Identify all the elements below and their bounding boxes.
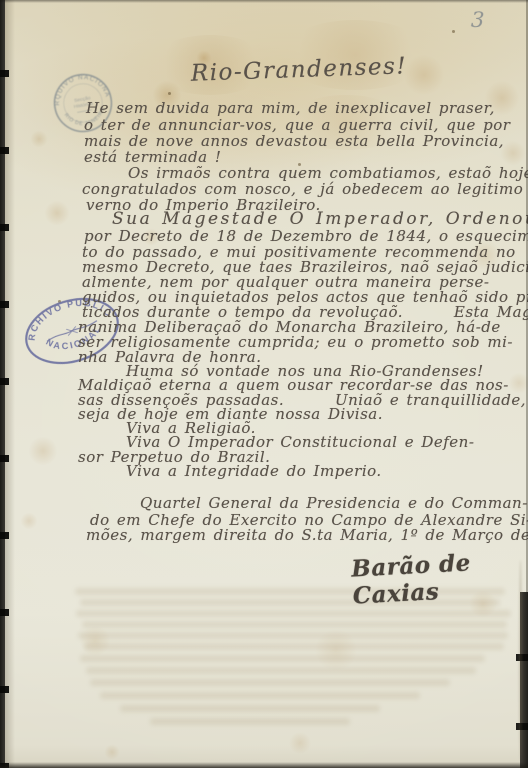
ghost-line <box>78 632 508 639</box>
scan-edge-top <box>0 0 528 3</box>
stain <box>20 512 38 530</box>
ghost-line <box>82 621 507 628</box>
stain <box>78 626 112 656</box>
text-line: Viva a Integridade do Imperio. <box>126 462 382 480</box>
stain <box>30 130 48 148</box>
scan-edge-bottom <box>0 762 528 768</box>
ghost-line <box>150 718 350 725</box>
ghost-line <box>100 692 420 699</box>
paper-edge-curve <box>519 560 522 760</box>
ghost-line <box>120 705 380 712</box>
text-line: Sua Magestade O Imperador, Ordenou, <box>112 209 528 229</box>
signature: Barão de Caxias <box>351 546 528 609</box>
page-number: 3 <box>470 8 484 32</box>
ghost-line <box>80 655 485 662</box>
text-line: mões, margem direita do S.ta Maria, 1º d… <box>86 526 528 544</box>
scanned-document: 3 ARQUIVO NACIONAL RIO DE JANEIRO Secção… <box>0 0 528 768</box>
ghost-line <box>76 610 511 617</box>
ghost-line <box>90 679 450 686</box>
speck <box>452 30 455 33</box>
ghost-line <box>84 643 504 650</box>
stain <box>288 732 312 754</box>
stain <box>28 436 58 466</box>
text-line: He sem duvida para mim, de inexplicavel … <box>86 99 495 117</box>
ghost-line <box>86 667 476 674</box>
stain <box>44 200 70 226</box>
binding-edge-left <box>0 0 5 768</box>
text-line: Quartel General da Presidencia e do Comm… <box>140 494 528 512</box>
stain <box>104 744 120 760</box>
speck <box>168 92 171 95</box>
